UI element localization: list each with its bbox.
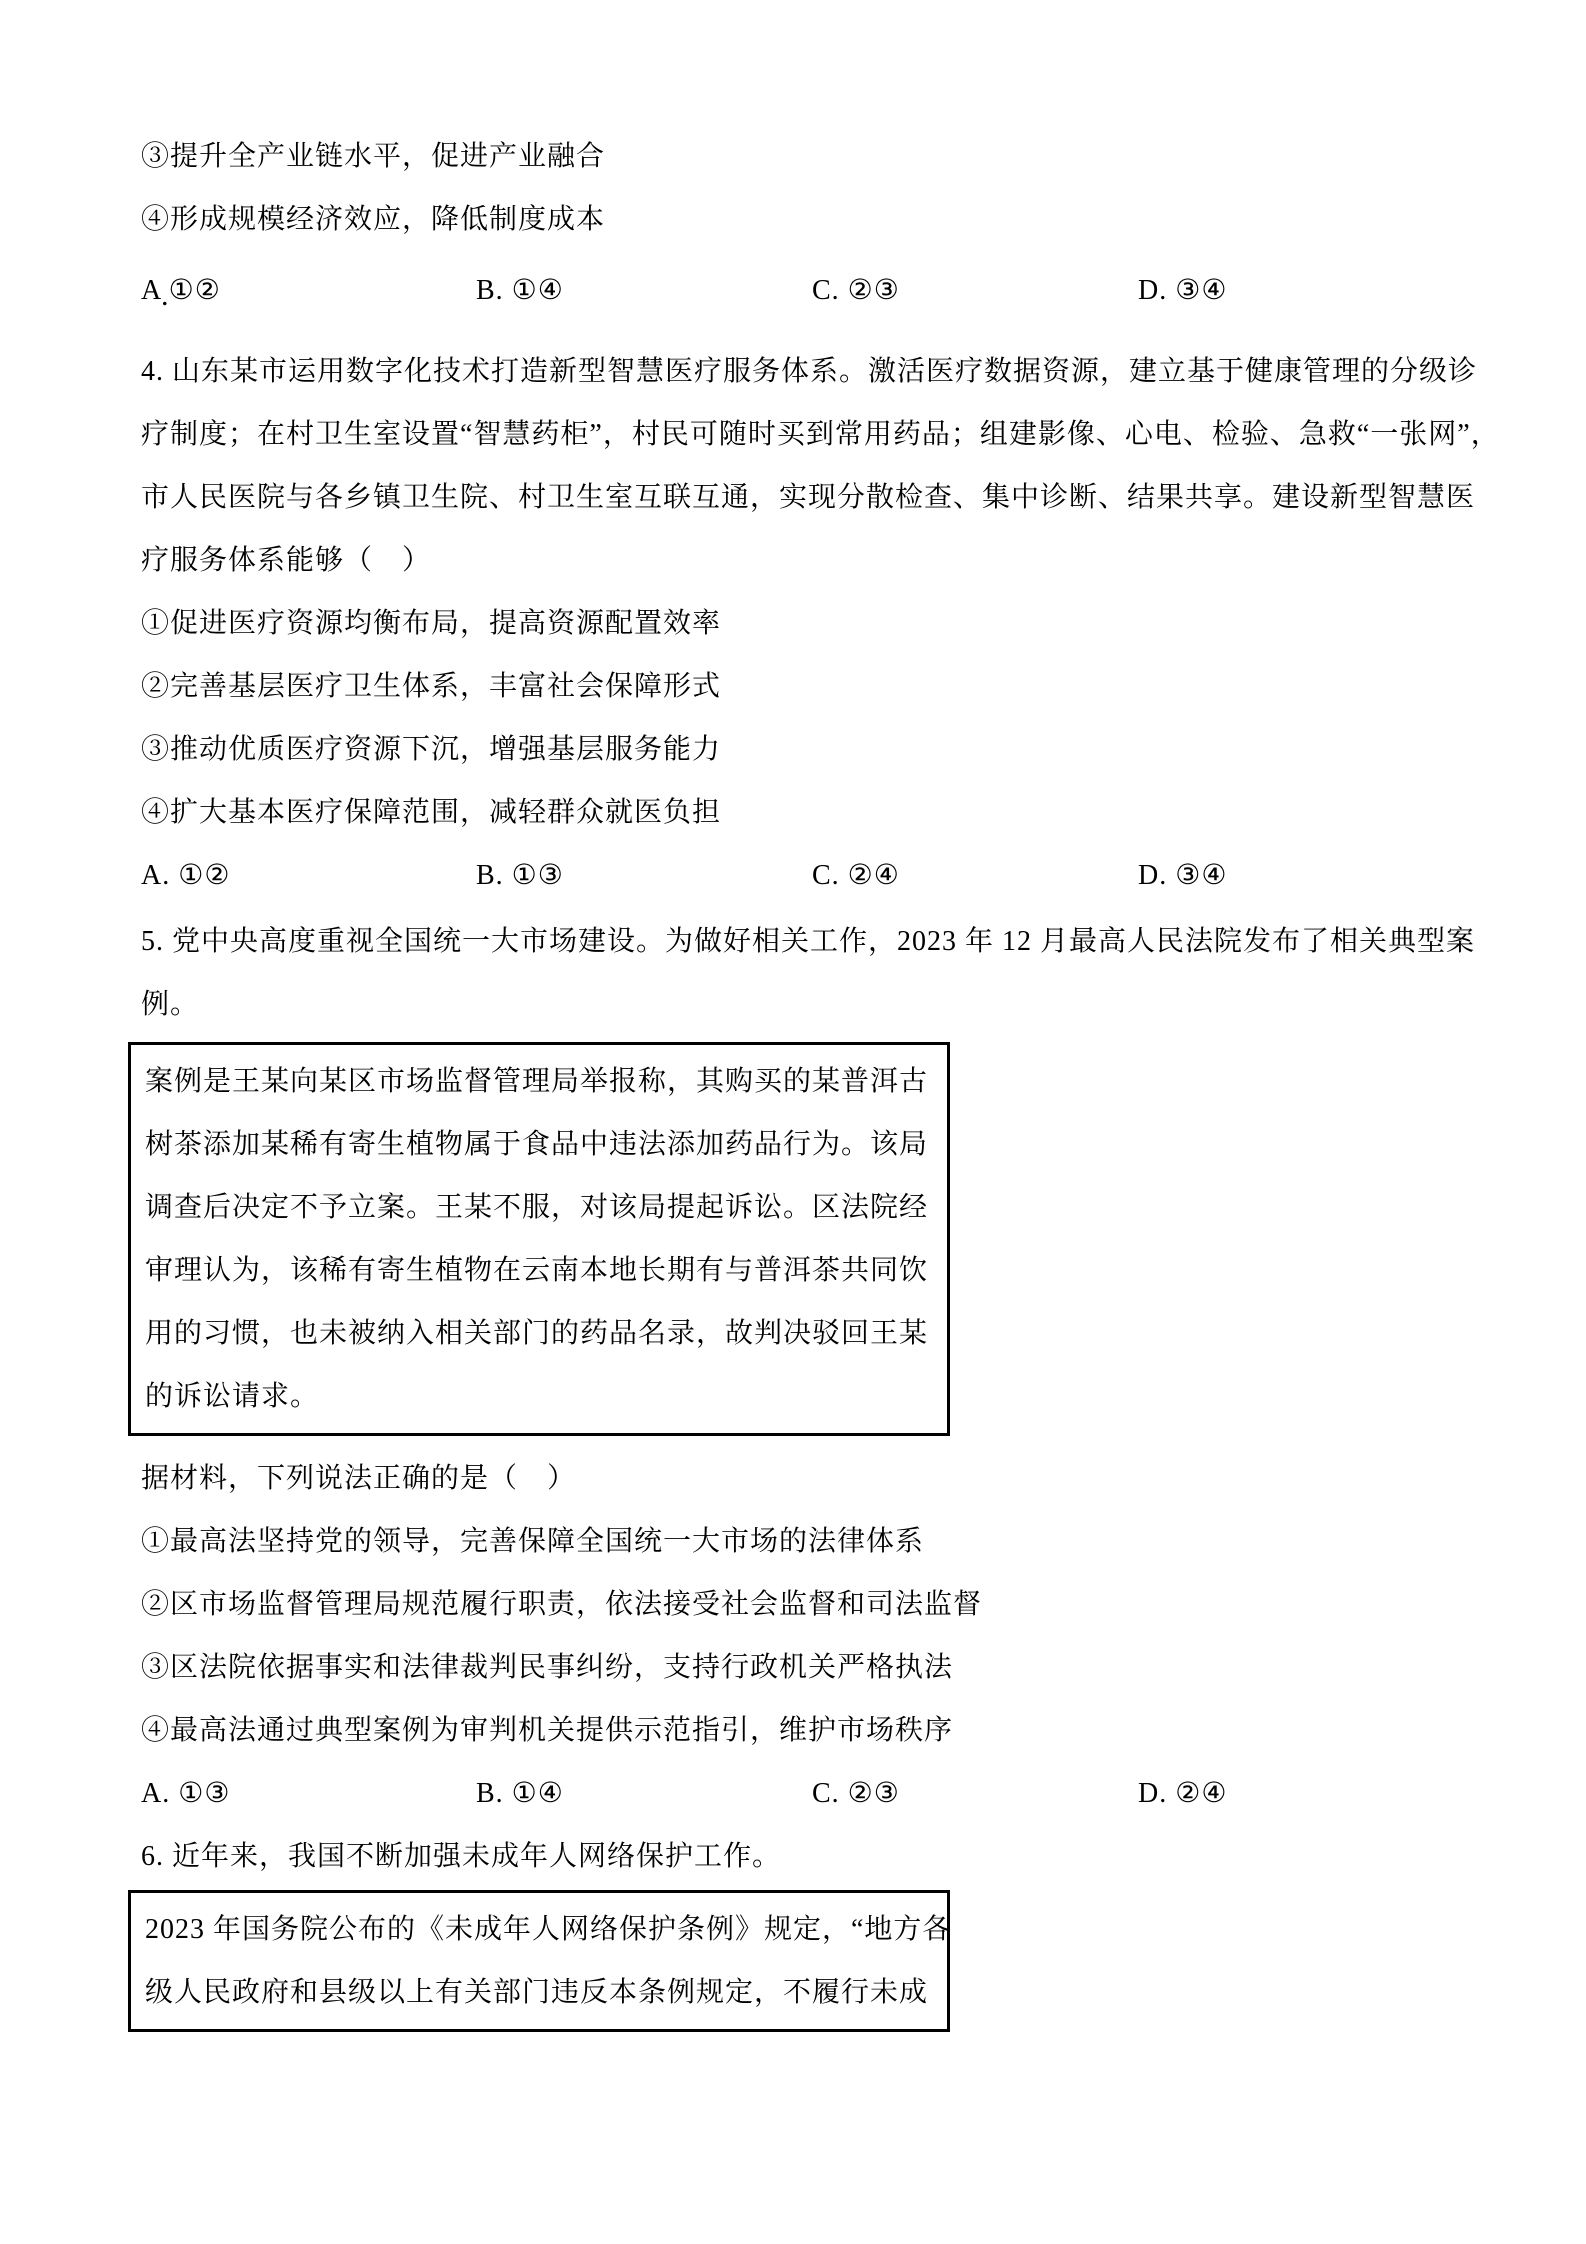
q4-stem-line-2: 疗制度；在村卫生室设置“智慧药柜”，村民可随时买到常用药品；组建影像、心电、检验… <box>141 403 1531 466</box>
q4-statement-1: ①促进医疗资源均衡布局，提高资源配置效率 <box>141 592 1531 655</box>
q6-regulation-box: 2023 年国务院公布的《未成年人网络保护条例》规定，“地方各 级人民政府和县级… <box>128 1890 950 2032</box>
case-box-line-2: 树茶添加某稀有寄生植物属于食品中违法添加药品行为。该局 <box>145 1113 939 1176</box>
q4-option-a: A. ①② <box>141 844 230 907</box>
case-box-line-4: 审理认为，该稀有寄生植物在云南本地长期有与普洱茶共同饮 <box>145 1239 939 1302</box>
q5-option-c: C. ②③ <box>812 1762 900 1825</box>
q3-option-b: B. ①④ <box>476 259 564 322</box>
page-content: ③提升全产业链水平，促进产业融合 ④形成规模经济效应，降低制度成本 A ①② B… <box>141 125 1531 2032</box>
exam-paper-page: . ③提升全产业链水平，促进产业融合 ④形成规模经济效应，降低制度成本 A ①②… <box>0 0 1586 2244</box>
q5-statement-2: ②区市场监督管理局规范履行职责，依法接受社会监督和司法监督 <box>141 1573 1531 1636</box>
q6-stem-line: 6. 近年来，我国不断加强未成年人网络保护工作。 <box>141 1825 1531 1888</box>
q5-option-d: D. ②④ <box>1138 1762 1227 1825</box>
q5-option-b: B. ①④ <box>476 1762 564 1825</box>
q3-statement-3: ③提升全产业链水平，促进产业融合 <box>141 125 1531 188</box>
q5-options-row: A. ①③ B. ①④ C. ②③ D. ②④ <box>141 1762 1531 1825</box>
q4-option-b: B. ①③ <box>476 844 564 907</box>
q5-statement-3: ③区法院依据事实和法律裁判民事纠纷，支持行政机关严格执法 <box>141 1636 1531 1699</box>
q4-options-row: A. ①② B. ①③ C. ②④ D. ③④ <box>141 844 1531 907</box>
q4-stem-line-4: 疗服务体系能够（ ） <box>141 529 1531 592</box>
case-box-line-1: 案例是王某向某区市场监督管理局举报称，其购买的某普洱古 <box>145 1050 939 1113</box>
q3-statement-4: ④形成规模经济效应，降低制度成本 <box>141 188 1531 251</box>
q5-case-box: 案例是王某向某区市场监督管理局举报称，其购买的某普洱古 树茶添加某稀有寄生植物属… <box>128 1042 950 1436</box>
case-box-line-6: 的诉讼请求。 <box>145 1365 939 1428</box>
q3-option-d: D. ③④ <box>1138 259 1227 322</box>
regulation-box-line-2: 级人民政府和县级以上有关部门违反本条例规定，不履行未成 <box>145 1961 939 2024</box>
q3-options-row: A ①② B. ①④ C. ②③ D. ③④ <box>141 259 1531 322</box>
q4-statement-2: ②完善基层医疗卫生体系，丰富社会保障形式 <box>141 655 1531 718</box>
regulation-box-line-1: 2023 年国务院公布的《未成年人网络保护条例》规定，“地方各 <box>145 1898 939 1961</box>
q4-statement-3: ③推动优质医疗资源下沉，增强基层服务能力 <box>141 718 1531 781</box>
case-box-line-5: 用的习惯，也未被纳入相关部门的药品名录，故判决驳回王某 <box>145 1302 939 1365</box>
q5-statement-4: ④最高法通过典型案例为审判机关提供示范指引，维护市场秩序 <box>141 1699 1531 1762</box>
q4-option-c: C. ②④ <box>812 844 900 907</box>
q5-stem-line-1: 5. 党中央高度重视全国统一大市场建设。为做好相关工作，2023 年 12 月最… <box>141 910 1531 973</box>
q3-option-a: A ①② <box>141 259 221 322</box>
q4-stem-line-1: 4. 山东某市运用数字化技术打造新型智慧医疗服务体系。激活医疗数据资源，建立基于… <box>141 340 1531 403</box>
q3-option-c: C. ②③ <box>812 259 900 322</box>
q5-question-line: 据材料，下列说法正确的是（ ） <box>141 1447 1531 1510</box>
q4-option-d: D. ③④ <box>1138 844 1227 907</box>
q4-stem-line-3: 市人民医院与各乡镇卫生院、村卫生室互联互通，实现分散检查、集中诊断、结果共享。建… <box>141 466 1531 529</box>
q5-option-a: A. ①③ <box>141 1762 230 1825</box>
q5-stem-line-2: 例。 <box>141 973 1531 1036</box>
case-box-line-3: 调查后决定不予立案。王某不服，对该局提起诉讼。区法院经 <box>145 1176 939 1239</box>
q5-statement-1: ①最高法坚持党的领导，完善保障全国统一大市场的法律体系 <box>141 1510 1531 1573</box>
q4-statement-4: ④扩大基本医疗保障范围，减轻群众就医负担 <box>141 781 1531 844</box>
